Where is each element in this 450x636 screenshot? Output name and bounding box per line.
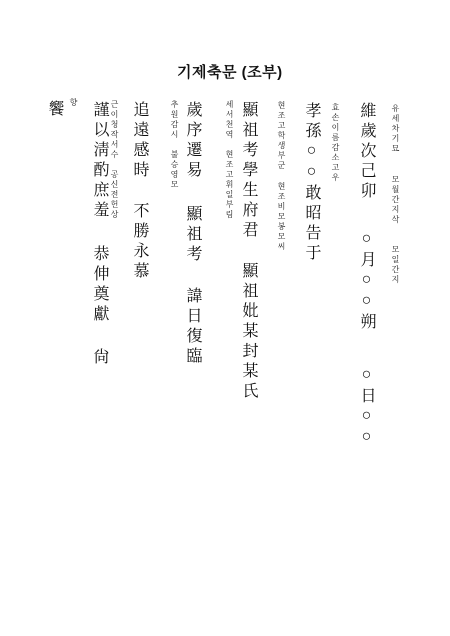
reading-gloss-col7-seg1: 향 [68, 98, 77, 108]
reading-gloss-col6-seg2: 공신전헌상 [109, 170, 118, 220]
prayer-text-col1-seg2: ○月○○朔 [356, 230, 374, 333]
prayer-text-col4-seg3: 諱日復臨 [182, 287, 200, 367]
prayer-text-col5-seg2: 不勝永慕 [129, 202, 147, 282]
prayer-text-col6-seg3: 尙 [89, 348, 107, 368]
reading-gloss-col4-seg2: 현조고휘일부림 [224, 150, 233, 220]
reading-gloss-col5-seg1: 추원감시 [169, 100, 178, 140]
prayer-text-col3-seg1: 顯祖考學生府君 [238, 101, 256, 241]
reading-gloss-col6-seg1: 근이청작서수 [109, 100, 118, 160]
reading-gloss-col3-seg1: 현조고학생부군 [276, 101, 285, 171]
reading-gloss-col2-seg1: 효손이름감소고우 [330, 103, 339, 183]
prayer-text-col4-seg2: 顯祖考 [182, 205, 200, 265]
document-title: 기제축문 (조부) [177, 61, 283, 82]
prayer-text-col6-seg1: 謹以淸酌庶羞 [89, 101, 107, 221]
reading-gloss-col1-seg3: 모일간지 [390, 245, 399, 285]
prayer-text-col3-seg2: 顯祖妣某封某氏 [238, 262, 256, 402]
reading-gloss-col5-seg2: 불승영모 [169, 150, 178, 190]
prayer-text-col1-seg1: 維歲次己卯 [356, 102, 374, 202]
prayer-text-col6-seg2: 恭伸奠獻 [89, 245, 107, 325]
reading-gloss-col3-seg2: 현조비모봉모씨 [276, 182, 285, 252]
reading-gloss-col1-seg2: 모월간지삭 [390, 175, 399, 225]
prayer-text-col5-seg1: 追遠感時 [129, 101, 147, 181]
prayer-text-col2-seg1: 孝孫○○敢昭告于 [301, 102, 319, 264]
prayer-text-col1-seg3: ○日○○ [356, 366, 374, 449]
document-page: 기제축문 (조부) 유세차기묘 모월간지삭 모일간지 維歲次己卯 ○月○○朔 ○… [0, 0, 450, 636]
prayer-text-col7-seg1: 饗 [44, 100, 62, 120]
prayer-text-col4-seg1: 歲序遷易 [182, 101, 200, 181]
reading-gloss-col4-seg1: 세서천역 [224, 100, 233, 140]
reading-gloss-col1-seg1: 유세차기묘 [390, 104, 399, 154]
